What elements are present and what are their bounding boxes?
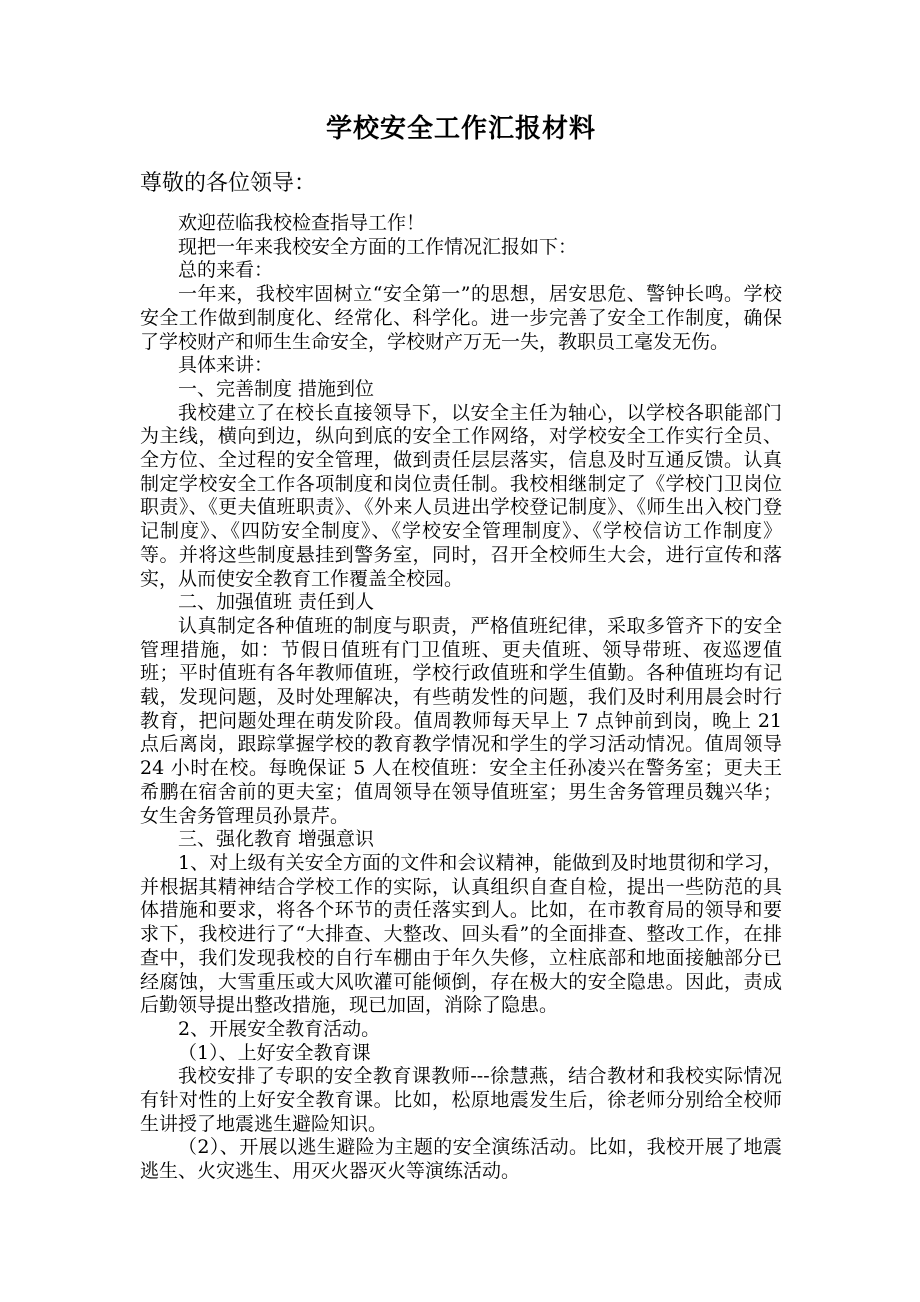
paragraph-detail-label: 具体来讲： — [140, 354, 782, 378]
section-3-heading: 三、强化教育 增强意识 — [140, 828, 782, 852]
section-1-body: 我校建立了在校长直接领导下，以安全主任为轴心，以学校各职能部门为主线，横向到边，… — [140, 402, 782, 592]
section-3-item-2-1-heading: （1）、上好安全教育课 — [140, 1042, 782, 1066]
document-page: 学校安全工作汇报材料 尊敬的各位领导： 欢迎莅临我校检查指导工作！ 现把一年来我… — [0, 0, 920, 1302]
section-1-heading: 一、完善制度 措施到位 — [140, 378, 782, 402]
section-3-item-2: 2、开展安全教育活动。 — [140, 1018, 782, 1042]
document-title: 学校安全工作汇报材料 — [140, 112, 782, 146]
salutation: 尊敬的各位领导： — [140, 169, 782, 199]
section-3-item-1: 1、对上级有关安全方面的文件和会议精神，能做到及时地贯彻和学习，并根据其精神结合… — [140, 852, 782, 1018]
paragraph-report-intro: 现把一年来我校安全方面的工作情况汇报如下： — [140, 236, 782, 260]
paragraph-overview-label: 总的来看： — [140, 259, 782, 283]
paragraph-overview: 一年来，我校牢固树立“安全第一”的思想，居安思危、警钟长鸣。学校安全工作做到制度… — [140, 283, 782, 354]
section-2-heading: 二、加强值班 责任到人 — [140, 591, 782, 615]
section-3-item-2-1-body: 我校安排了专职的安全教育课教师---徐慧燕，结合教材和我校实际情况有针对性的上好… — [140, 1065, 782, 1136]
section-2-body: 认真制定各种值班的制度与职责，严格值班纪律，采取多管齐下的安全管理措施，如：节假… — [140, 615, 782, 828]
section-3-item-2-2: （2）、开展以逃生避险为主题的安全演练活动。比如，我校开展了地震逃生、火灾逃生、… — [140, 1136, 782, 1183]
paragraph-welcome: 欢迎莅临我校检查指导工作！ — [140, 212, 782, 236]
document-body: 欢迎莅临我校检查指导工作！ 现把一年来我校安全方面的工作情况汇报如下： 总的来看… — [140, 212, 782, 1184]
